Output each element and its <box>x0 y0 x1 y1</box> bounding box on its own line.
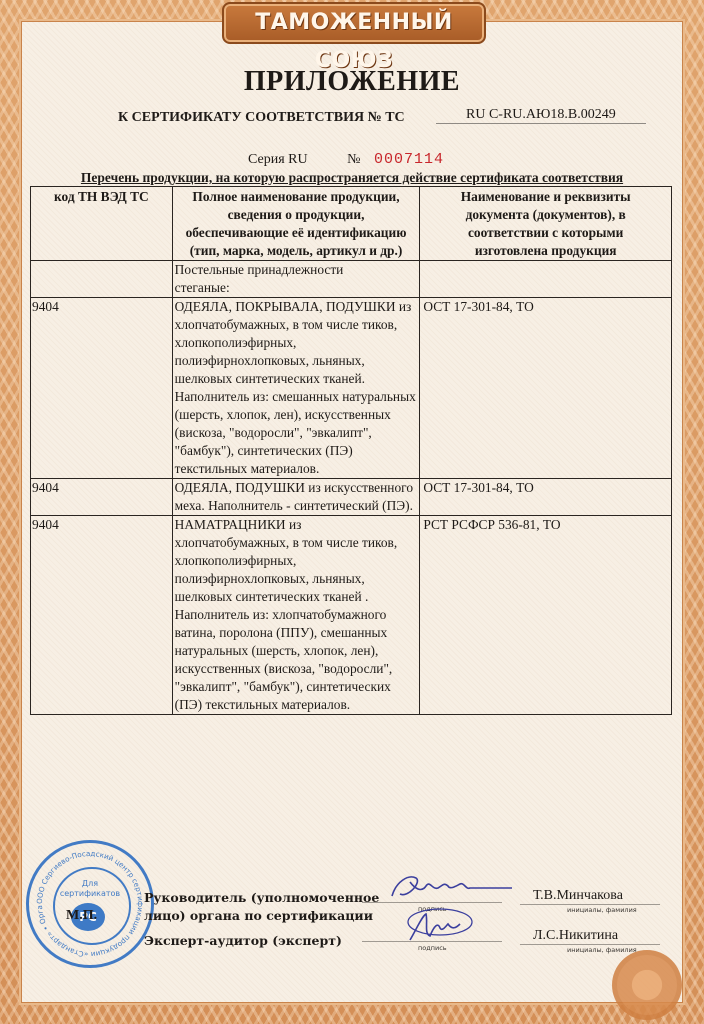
expert-label: Эксперт-аудитор (эксперт) <box>144 933 342 948</box>
seal-place-label: М.П. <box>66 908 97 924</box>
series-label: Серия RU <box>248 152 308 167</box>
cell-description: ОДЕЯЛА, ПОДУШКИ из искусственного меха. … <box>172 479 420 516</box>
product-list-caption: Перечень продукции, на которую распростр… <box>0 170 704 186</box>
column-header-description: Полное наименование продукции, сведения … <box>172 187 420 261</box>
expert-name-line <box>520 944 660 945</box>
embossed-seal-icon <box>612 950 682 1020</box>
serial-number: 0007114 <box>374 151 444 168</box>
number-label: № <box>347 152 360 167</box>
cell-code: 9404 <box>31 298 173 479</box>
cell-document: ОСТ 17-301-84, ТО <box>420 298 672 479</box>
certificate-label: К СЕРТИФИКАТУ СООТВЕТСТВИЯ № ТС <box>118 110 405 126</box>
cell-document: РСТ РСФСР 536-81, ТО <box>420 516 672 715</box>
cell-code: 9404 <box>31 516 173 715</box>
customs-union-banner: ТАМОЖЕННЫЙ СОЮЗ <box>222 2 486 44</box>
table-row: 9404 ОДЕЯЛА, ПОДУШКИ из искусственного м… <box>31 479 672 516</box>
page-title: ПРИЛОЖЕНИЕ <box>0 66 704 98</box>
cell-description: НАМАТРАЦНИКИ из хлопчатобумажных, в том … <box>172 516 420 715</box>
head-label-line2: лицо) органа по сертификации <box>144 908 373 923</box>
expert-signature-icon <box>400 904 480 946</box>
table-row: Постельные принадлежности стеганые: <box>31 261 672 298</box>
column-header-document: Наименование и реквизиты документа (доку… <box>420 187 672 261</box>
certificate-number: RU C-RU.АЮ18.В.00249 <box>436 107 646 124</box>
product-table: код ТН ВЭД ТС Полное наименование продук… <box>30 186 672 715</box>
table-row: 9404 НАМАТРАЦНИКИ из хлопчатобумажных, в… <box>31 516 672 715</box>
column-header-code: код ТН ВЭД ТС <box>31 187 173 261</box>
table-row: 9404 ОДЕЯЛА, ПОКРЫВАЛА, ПОДУШКИ из хлопч… <box>31 298 672 479</box>
series-line: Серия RU № 0007114 <box>248 151 444 168</box>
cell-document: ОСТ 17-301-84, ТО <box>420 479 672 516</box>
head-name: Т.В.Минчакова <box>533 888 623 904</box>
expert-name: Л.С.Никитина <box>533 928 618 944</box>
cell-description: Постельные принадлежности стеганые: <box>172 261 420 298</box>
head-label-line1: Руководитель (уполномоченное <box>144 890 379 905</box>
stamp-center-text: Для сертификатов <box>59 879 121 899</box>
cell-document <box>420 261 672 298</box>
table-header-row: код ТН ВЭД ТС Полное наименование продук… <box>31 187 672 261</box>
head-signature-icon <box>386 868 516 904</box>
cell-code <box>31 261 173 298</box>
head-name-line <box>520 904 660 905</box>
certification-stamp: ООО Сергиево-Посадский центр сертификаци… <box>26 840 154 968</box>
expert-name-caption: инициалы, фамилия <box>567 946 637 954</box>
cell-code: 9404 <box>31 479 173 516</box>
cell-description: ОДЕЯЛА, ПОКРЫВАЛА, ПОДУШКИ из хлопчатобу… <box>172 298 420 479</box>
head-name-caption: инициалы, фамилия <box>567 906 637 914</box>
